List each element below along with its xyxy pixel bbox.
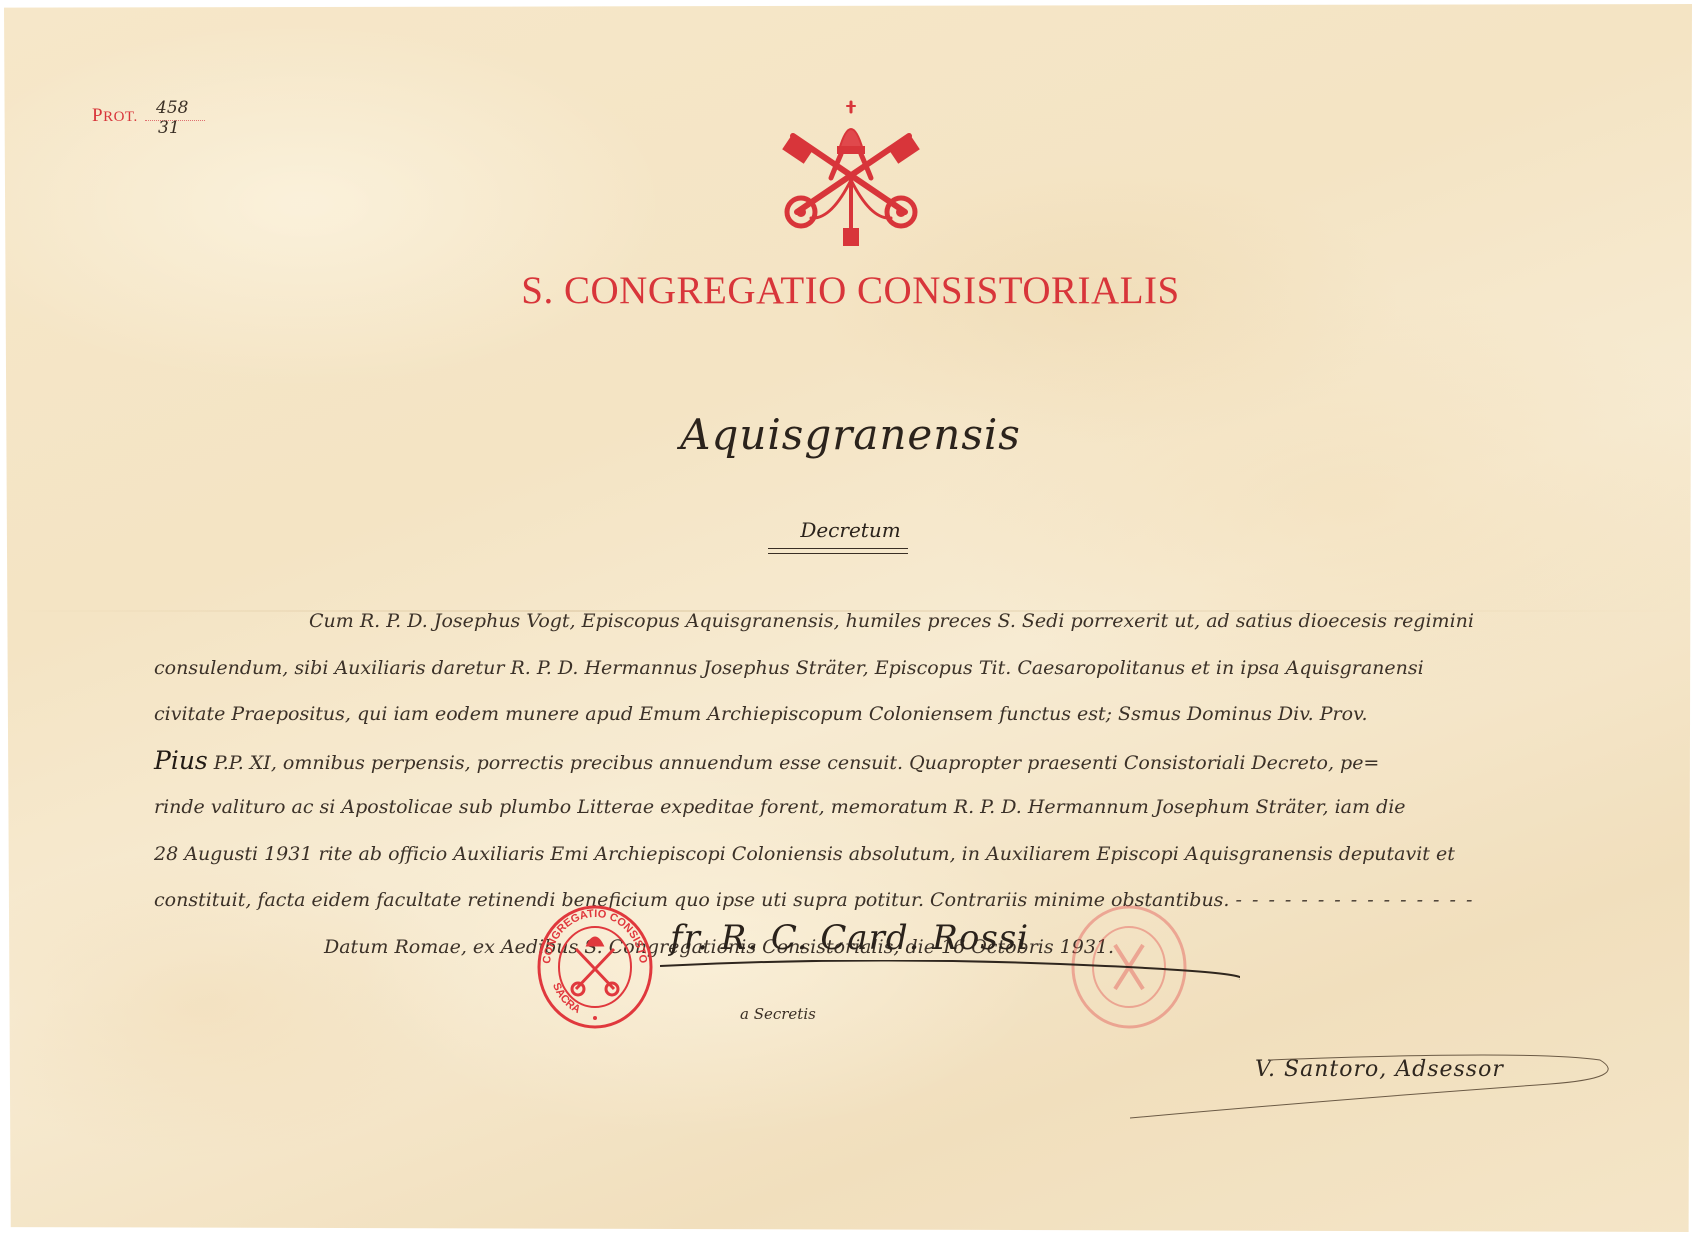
body-line-6: 28 Augusti 1931 rite ab officio Auxiliar… — [154, 831, 1594, 878]
protocol-number: 458 31 — [156, 98, 188, 138]
congregation-title: S. CONGREGATIO CONSISTORIALIS — [0, 268, 1701, 313]
body-line-7: constituit, facta eidem facultate retine… — [154, 877, 1594, 924]
protocol-year-value: 31 — [156, 118, 188, 138]
body-line-7-text: constituit, facta eidem facultate retine… — [154, 889, 1229, 911]
decree-heading-underline — [768, 548, 908, 554]
svg-text:CONGREGATIO CONSISTORIALIS: CONGREGATIO CONSISTORIALIS — [536, 905, 649, 965]
body-line-4-text: P.P. XI, omnibus perpensis, porrectis pr… — [214, 752, 1380, 774]
secretary-subscript: a Secretis — [740, 1005, 816, 1023]
decree-body: Cum R. P. D. Josephus Vogt, Episcopus Aq… — [154, 598, 1594, 970]
decree-heading: Decretum — [0, 518, 1701, 542]
cardinal-signature: fr. R. C. Card. Rossi — [670, 918, 1029, 958]
protocol-label-rest: ROT. — [103, 109, 138, 125]
body-line-2: consulendum, sibi Auxiliaris daretur R. … — [154, 645, 1594, 692]
body-line-4: Pius P.P. XI, omnibus perpensis, porrect… — [154, 738, 1594, 785]
filler-dashes: - - - - - - - - - - - - - - - — [1236, 889, 1475, 911]
assessor-flourish-line — [1130, 1040, 1630, 1120]
body-line-5: rinde valituro ac si Apostolicae sub plu… — [154, 784, 1594, 831]
protocol-number-value: 458 — [156, 98, 188, 118]
diocese-heading: Aquisgranensis — [0, 410, 1701, 459]
papal-emblem-icon — [771, 100, 931, 250]
congregation-seal-stamp-icon: CONGREGATIO CONSISTORIALIS SACRA — [536, 905, 654, 1030]
body-line-1: Cum R. P. D. Josephus Vogt, Episcopus Aq… — [154, 598, 1594, 645]
pope-name: Pius — [154, 746, 208, 775]
protocol-label-cap: P — [92, 105, 103, 126]
body-line-3: civitate Praepositus, qui iam eodem mune… — [154, 691, 1594, 738]
protocol-label: PROT. — [92, 105, 138, 127]
